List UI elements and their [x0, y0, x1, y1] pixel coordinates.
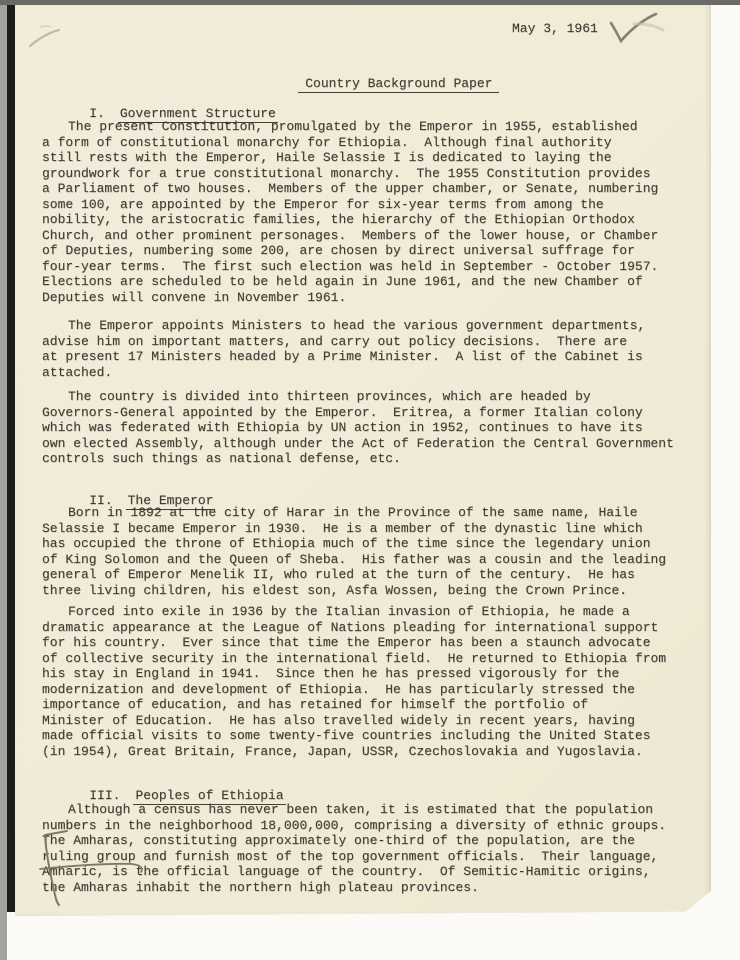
page-title: Country Background Paper	[267, 60, 499, 107]
scan-left-edge-gray	[0, 0, 7, 960]
scan-top-edge	[0, 0, 740, 5]
document-page: May 3, 1961 Country Background Paper I.G…	[15, 5, 711, 918]
paragraph-exile-1936: Forced into exile in 1936 by the Italian…	[42, 604, 710, 759]
scan-left-edge-dark	[7, 4, 15, 912]
paragraph-constitution: The present Constitution, promulgated by…	[42, 119, 710, 305]
paragraph-ministers: The Emperor appoints Ministers to head t…	[42, 318, 710, 380]
section-numeral: III.	[89, 788, 120, 803]
page-title-text: Country Background Paper	[298, 76, 499, 94]
date-line: May 3, 1961	[512, 21, 598, 37]
paragraph-census: Although a census has never been taken, …	[42, 802, 710, 895]
paragraph-provinces: The country is divided into thirteen pro…	[42, 389, 710, 467]
paragraph-born-1892: Born in 1892 at the city of Harar in the…	[42, 505, 710, 598]
